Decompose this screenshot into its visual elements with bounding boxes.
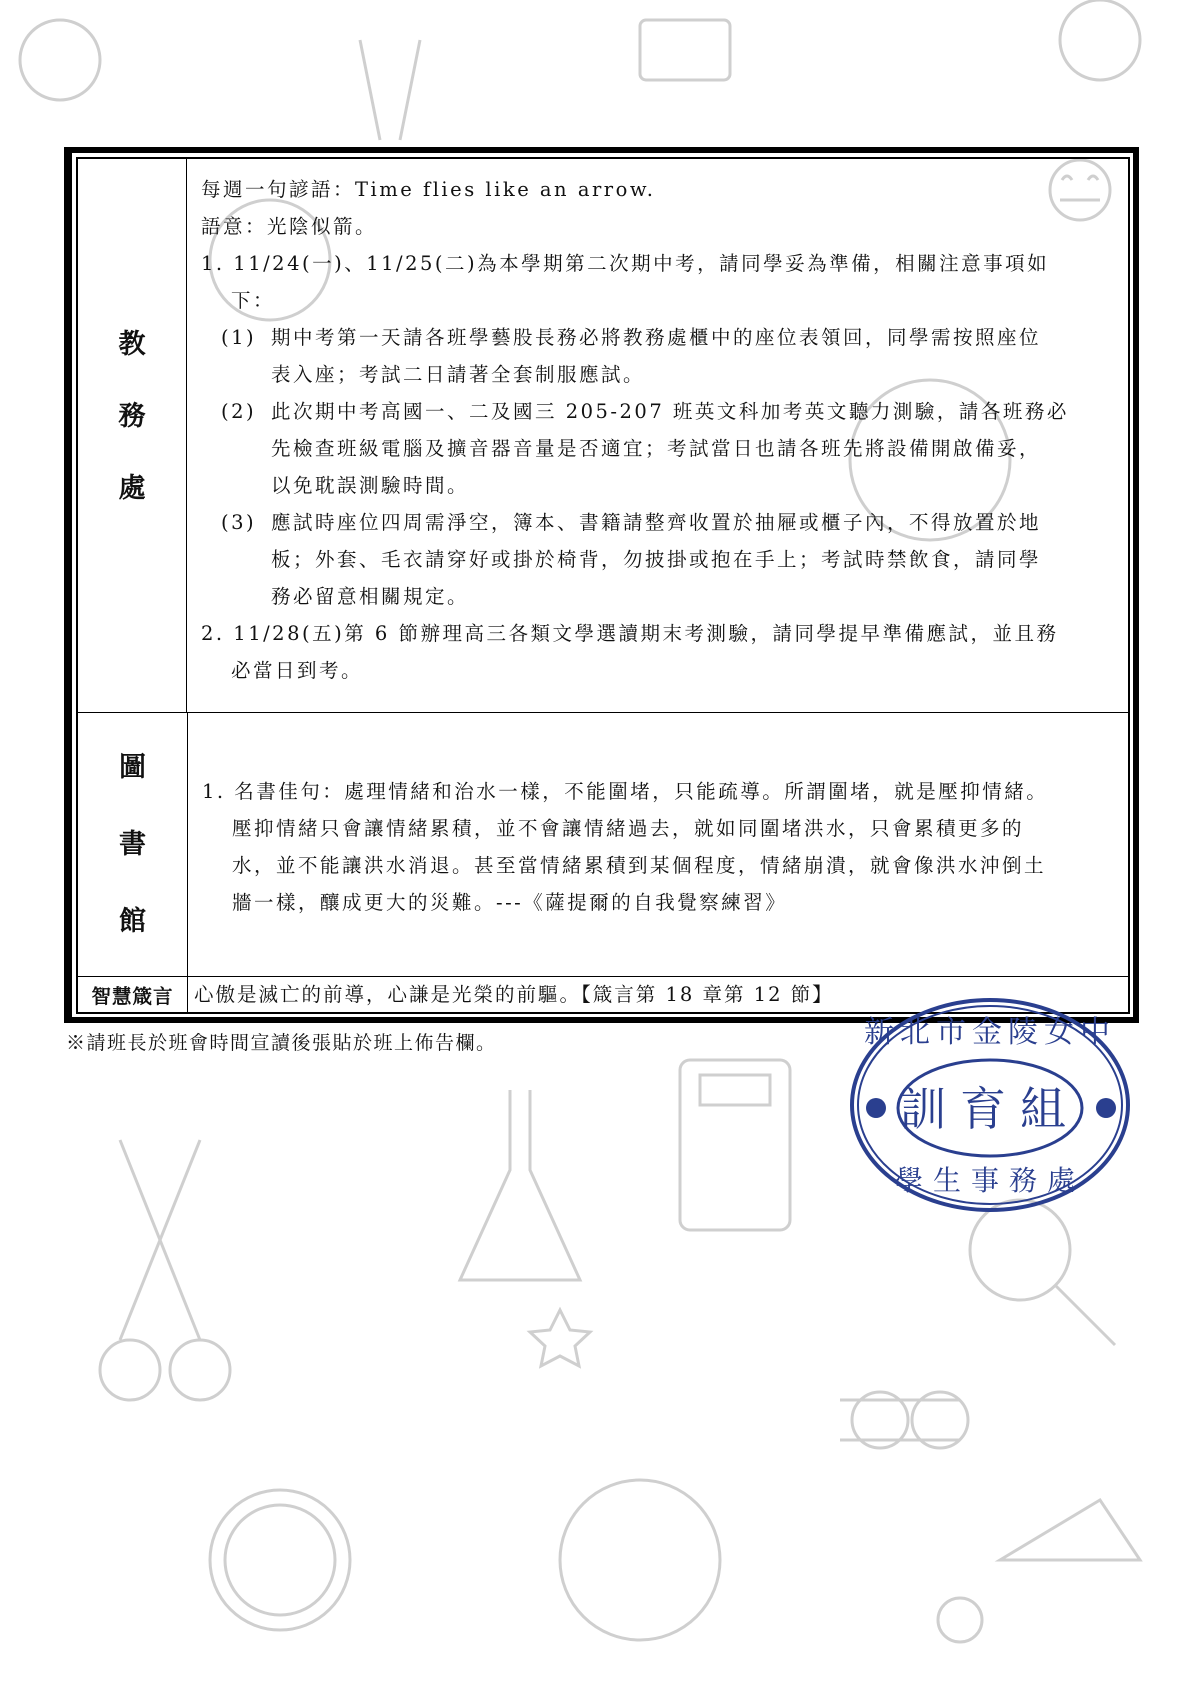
label-char: 教 — [119, 331, 146, 358]
academic-affairs-label: 教 務 處 — [78, 159, 187, 712]
weekly-proverb: 每週一句諺語：Time flies like an arrow. — [201, 171, 1114, 208]
sub-item-2: (2) 此次期中考高國一、二及國三 205-207 班英文科加考英文聽力測驗，請… — [201, 393, 1114, 504]
sub-item-number: (2) — [201, 393, 271, 504]
stamp-flower-icon-right — [1096, 1098, 1116, 1118]
sub-item-line: 先檢查班級電腦及擴音器音量是否適宜；考試當日也請各班先將設備開啟備妥， — [271, 430, 1114, 467]
label-char: 處 — [119, 475, 146, 502]
sub-item-line: 務必留意相關規定。 — [271, 578, 1114, 615]
label-char: 務 — [119, 403, 146, 430]
stamp-bottom-text: 學生事務處 — [895, 1164, 1085, 1197]
stamp-center-text: 訓育組 — [900, 1082, 1080, 1136]
sub-item-line: 此次期中考高國一、二及國三 205-207 班英文科加考英文聽力測驗，請各班務必 — [271, 393, 1114, 430]
sub-item-line: 表入座；考試二日請著全套制服應試。 — [271, 356, 1114, 393]
label-char: 館 — [119, 908, 146, 935]
announcement-table: 教 務 處 每週一句諺語：Time flies like an arrow. 語… — [76, 157, 1130, 1014]
wisdom-proverb-label: 智慧箴言 — [78, 977, 188, 1012]
stamp-flower-icon-left — [866, 1098, 886, 1118]
library-content: 1. 名書佳句：處理情緒和治水一樣，不能圍堵，只能疏導。所謂圍堵，就是壓抑情緒。… — [188, 713, 1128, 976]
library-item-line: 牆一樣，釀成更大的災難。---《薩提爾的自我覺察練習》 — [202, 884, 1114, 921]
announcement-table-frame: 教 務 處 每週一句諺語：Time flies like an arrow. 語… — [64, 147, 1139, 1023]
sub-item-3: (3) 應試時座位四周需淨空，簿本、書籍請整齊收置於抽屜或櫃子內，不得放置於地 … — [201, 504, 1114, 615]
sub-item-number: (1) — [201, 319, 271, 393]
academic-affairs-row: 教 務 處 每週一句諺語：Time flies like an arrow. 語… — [78, 159, 1128, 713]
library-row: 圖 書 館 1. 名書佳句：處理情緒和治水一樣，不能圍堵，只能疏導。所謂圍堵，就… — [78, 713, 1128, 977]
sub-item-line: 以免耽誤測驗時間。 — [271, 467, 1114, 504]
announcement-sheet: 教 務 處 每週一句諺語：Time flies like an arrow. 語… — [0, 0, 1192, 1684]
label-char: 圖 — [119, 754, 146, 781]
label-char: 書 — [119, 831, 146, 858]
proverb-meaning: 語意：光陰似箭。 — [201, 208, 1114, 245]
library-item-line: 水，並不能讓洪水消退。甚至當情緒累積到某個程度，情緒崩潰，就會像洪水沖倒土 — [202, 847, 1114, 884]
item-1-line: 1. 11/24(一)、11/25(二)為本學期第二次期中考，請同學妥為準備，相… — [201, 245, 1114, 282]
official-stamp: 新北市金陵女中 訓育組 學生事務處 — [840, 990, 1130, 1220]
item-1-line: 下： — [201, 282, 1114, 319]
stamp-outer-text: 新北市金陵女中 — [864, 1015, 1116, 1050]
library-item-line: 壓抑情緒只會讓情緒累積，並不會讓情緒過去，就如同圍堵洪水，只會累積更多的 — [202, 810, 1114, 847]
sub-item-line: 應試時座位四周需淨空，簿本、書籍請整齊收置於抽屜或櫃子內，不得放置於地 — [271, 504, 1114, 541]
library-item-line: 1. 名書佳句：處理情緒和治水一樣，不能圍堵，只能疏導。所謂圍堵，就是壓抑情緒。 — [202, 773, 1114, 810]
item-2-line: 必當日到考。 — [201, 652, 1114, 689]
academic-affairs-content: 每週一句諺語：Time flies like an arrow. 語意：光陰似箭… — [187, 159, 1128, 712]
item-2-line: 2. 11/28(五)第 6 節辦理高三各類文學選讀期末考測驗，請同學提早準備應… — [201, 615, 1114, 652]
sub-item-number: (3) — [201, 504, 271, 615]
sub-item-line: 期中考第一天請各班學藝股長務必將教務處櫃中的座位表領回，同學需按照座位 — [271, 319, 1114, 356]
footer-note: ※請班長於班會時間宣讀後張貼於班上佈告欄。 — [66, 1028, 497, 1055]
sub-item-1: (1) 期中考第一天請各班學藝股長務必將教務處櫃中的座位表領回，同學需按照座位 … — [201, 319, 1114, 393]
sub-item-line: 板；外套、毛衣請穿好或掛於椅背，勿披掛或抱在手上；考試時禁飲食，請同學 — [271, 541, 1114, 578]
library-label: 圖 書 館 — [78, 713, 188, 976]
